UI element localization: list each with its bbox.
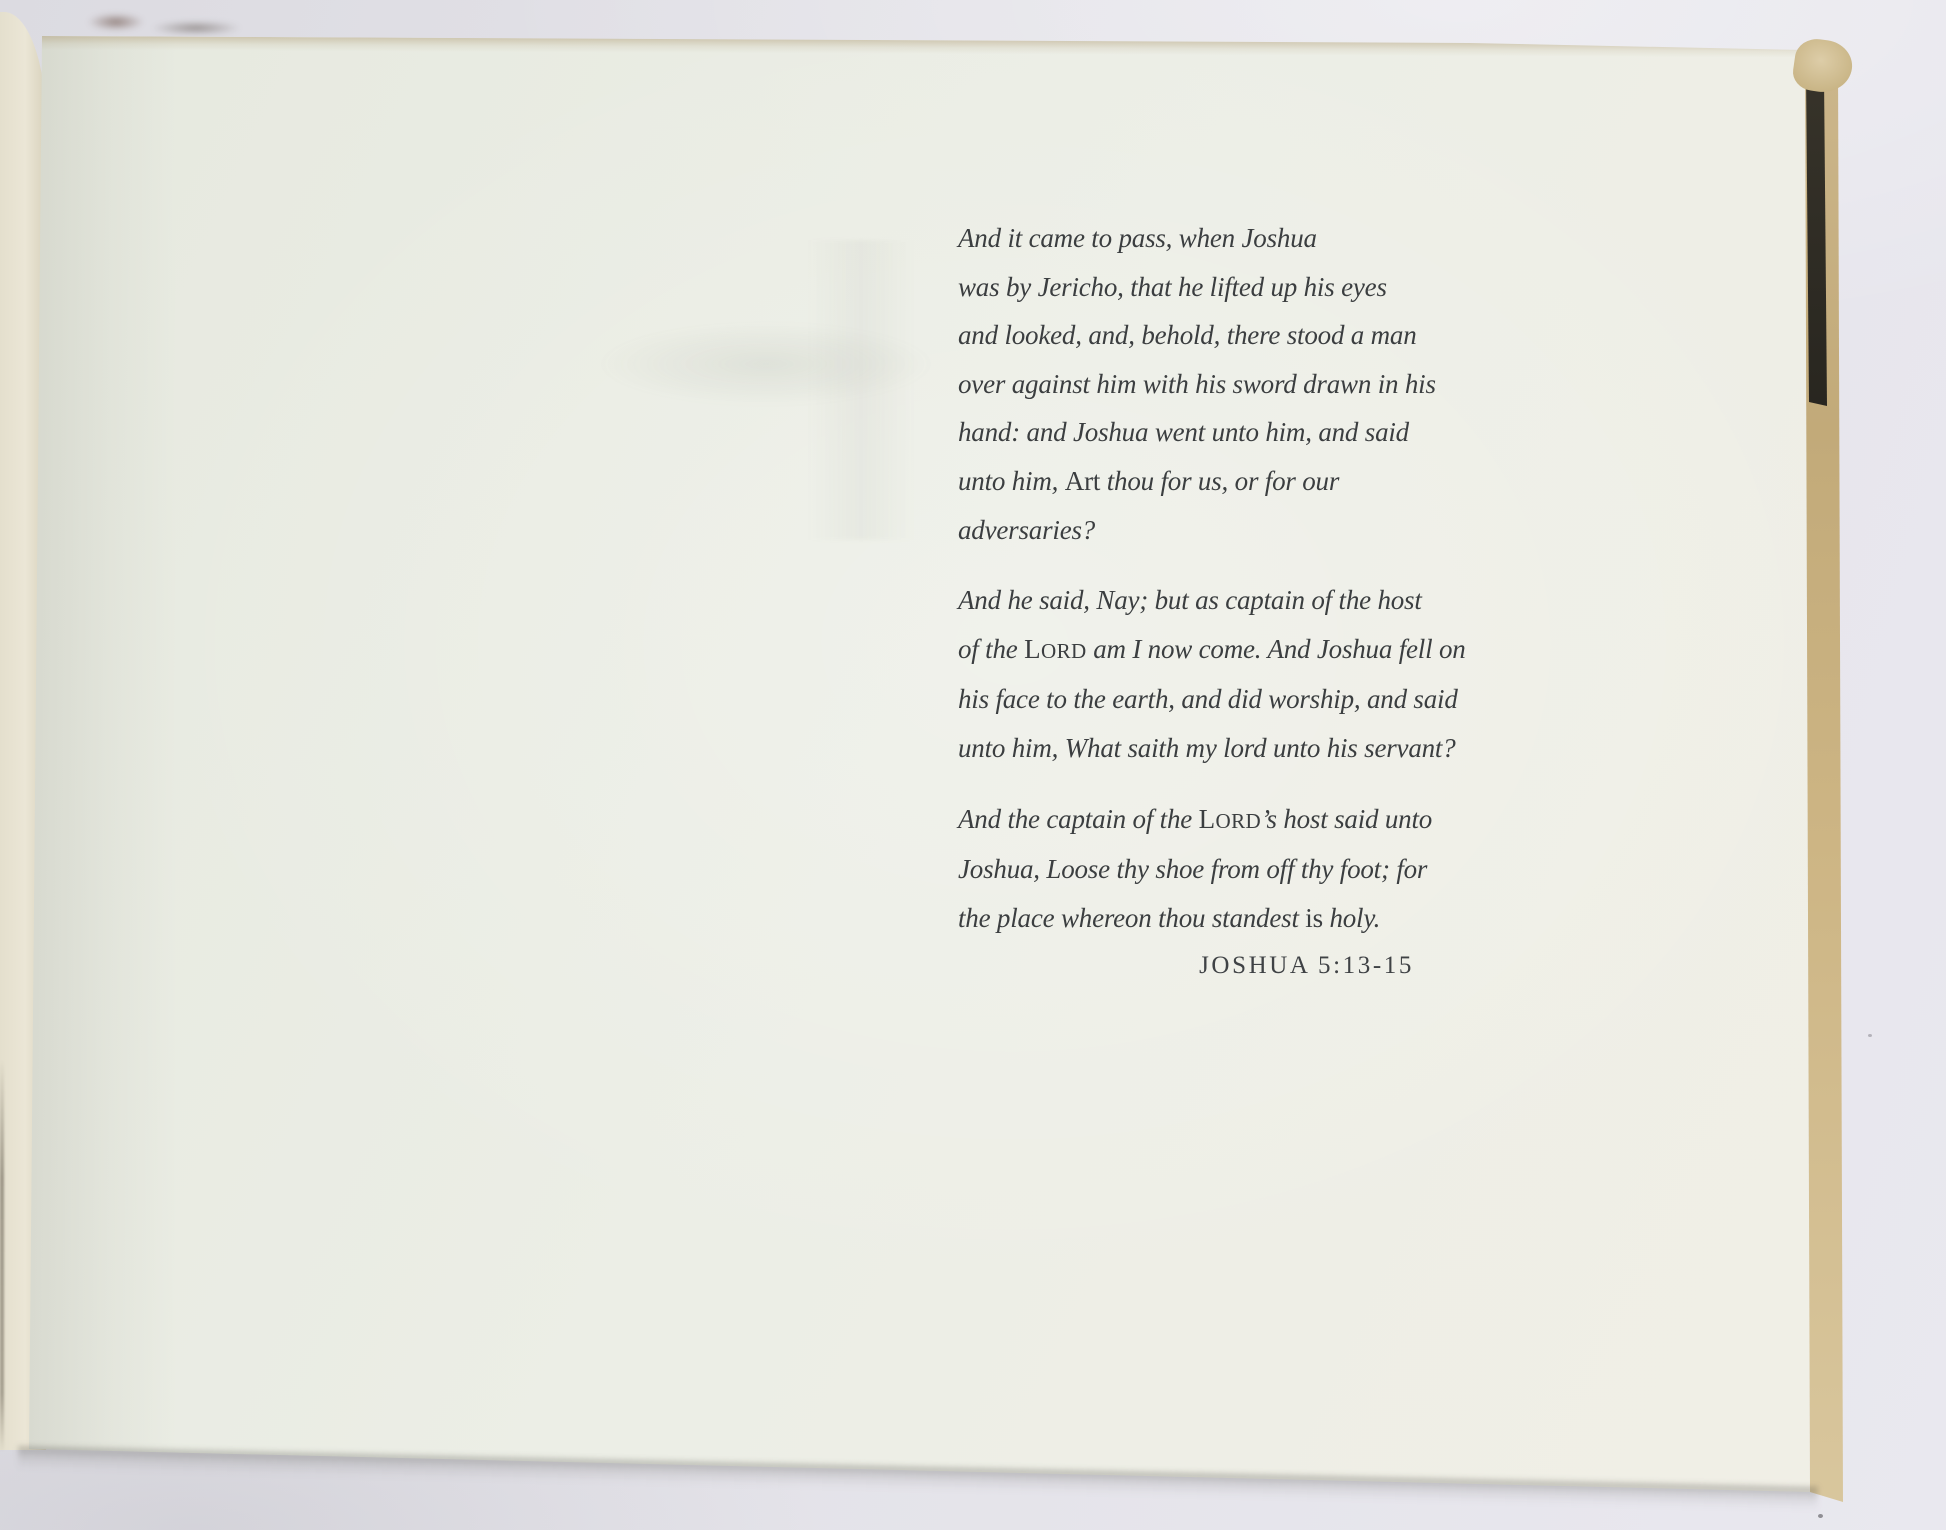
text-segment: hand: and Joshua went unto him, and said (958, 417, 1409, 447)
text-segment: of the (958, 634, 1024, 664)
scripture-line: unto him, Art thou for us, or for our (958, 457, 1450, 506)
scripture-line: of the LORD am I now come. And Joshua fe… (958, 625, 1450, 676)
text-segment: thou for us, or for our (1100, 466, 1339, 496)
left-page-outer-edge (0, 1060, 4, 1452)
text-segment: Joshua, Loose thy shoe from off thy foot… (958, 854, 1427, 884)
paper-texture-band (806, 240, 916, 540)
text-segment: adversaries? (958, 515, 1095, 545)
text-segment: Art (1065, 466, 1100, 496)
scripture-line: And he said, Nay; but as captain of the … (958, 576, 1450, 625)
scripture-line: over against him with his sword drawn in… (958, 360, 1450, 409)
text-segment: unto him, (958, 466, 1065, 496)
text-segment: And he said, Nay; but as captain of the … (958, 585, 1422, 615)
text-segment: the place whereon thou standest (958, 903, 1305, 933)
dust-speck (1818, 1514, 1823, 1518)
scripture-citation: JOSHUA 5:13-15 (958, 952, 1414, 980)
text-segment: was by Jericho, that he lifted up his ey… (958, 272, 1387, 302)
text-segment: is (1305, 903, 1323, 933)
scripture-paragraph: And he said, Nay; but as captain of the … (958, 576, 1450, 772)
small-caps-word: LORD (1024, 634, 1087, 664)
scripture-line: Joshua, Loose thy shoe from off thy foot… (958, 845, 1450, 894)
scripture-text: And it came to pass, when Joshuawas by J… (958, 214, 1450, 942)
text-segment: host said unto (1277, 804, 1432, 834)
scripture-line: the place whereon thou standest is holy. (958, 894, 1450, 943)
text-segment: ’s (1261, 804, 1277, 834)
text-segment: unto him, What saith my lord unto his se… (958, 733, 1456, 763)
small-caps-word: LORD (1199, 804, 1262, 834)
scripture-line: And the captain of the LORD’s host said … (958, 795, 1450, 846)
text-segment: over against him with his sword drawn in… (958, 369, 1436, 399)
scripture-line: And it came to pass, when Joshua (958, 214, 1450, 263)
page-gutter-shadow (28, 30, 178, 1454)
scripture-line: unto him, What saith my lord unto his se… (958, 724, 1450, 773)
book-cover-peek (86, 0, 256, 34)
text-segment: his face to the earth, and did worship, … (958, 684, 1458, 714)
scripture-paragraph: And it came to pass, when Joshuawas by J… (958, 214, 1450, 554)
scripture-line: and looked, and, behold, there stood a m… (958, 311, 1450, 360)
scripture-line: adversaries? (958, 506, 1450, 555)
text-segment: am I now come. And Joshua fell on (1087, 634, 1466, 664)
scripture-line: was by Jericho, that he lifted up his ey… (958, 263, 1450, 312)
scripture-line: hand: and Joshua went unto him, and said (958, 408, 1450, 457)
text-segment: holy. (1323, 903, 1380, 933)
scripture-line: his face to the earth, and did worship, … (958, 675, 1450, 724)
dust-speck (1868, 1034, 1872, 1037)
text-segment: And the captain of the (958, 804, 1199, 834)
photo-of-open-book: And it came to pass, when Joshuawas by J… (0, 0, 1946, 1530)
text-segment: And it came to pass, when Joshua (958, 223, 1317, 253)
text-segment: and looked, and, behold, there stood a m… (958, 320, 1417, 350)
scripture-paragraph: And the captain of the LORD’s host said … (958, 795, 1450, 943)
book-page: And it came to pass, when Joshuawas by J… (0, 0, 1946, 1530)
